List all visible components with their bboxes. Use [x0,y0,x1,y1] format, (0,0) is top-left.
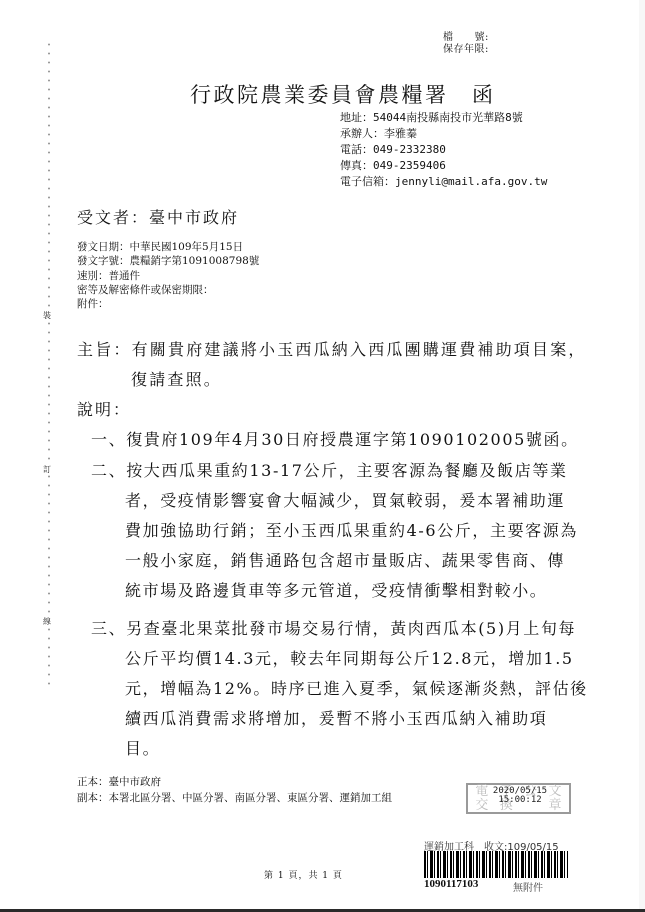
recipient: 受文者：臺中市政府 [77,205,239,228]
electronic-exchange-stamp: 電 子 公 文 交 換 章 2020/05/15 15:00:12 [466,783,571,814]
binding-mark-top: 裝 [41,311,53,321]
file-number-label: 檔 號: [443,32,489,44]
explanation-label: 說明： [77,397,131,420]
item-line: 統市場及路邊貨車等多元管道，受疫情衝擊相對較小。 [91,576,578,606]
document-page: 裝 訂 線 檔 號: 保存年限: 行政院農業委員會農糧署 函 地址：54044南… [0,0,645,912]
binding-line [46,40,52,690]
fax: 傳真：049-2359406 [340,158,547,174]
speed-class: 速別：普通件 [77,269,259,283]
item-line: 一、復貴府109年4月30日府授農運字第1090102005號函。 [91,425,579,455]
attachments: 附件： [77,297,259,311]
archive-info: 檔 號: 保存年限: [443,32,489,56]
subject-line: 主旨：有關貴府建議將小玉西瓜納入西瓜團購運費補助項目案， [77,335,587,365]
issue-date: 發文日期：中華民國109年5月15日 [77,240,259,254]
explanation-item-3: 三、另查臺北果菜批發市場交易行情，黃肉西瓜本(5)月上旬每 公斤平均價14.3元… [91,614,588,764]
handler: 承辦人：李雅蓁 [340,126,547,142]
stamp-time: 15:00:12 [480,796,560,805]
item-line: 費加強協助行銷；至小玉西瓜果重約4-6公斤，主要客源為 [91,516,578,546]
subject: 主旨：有關貴府建議將小玉西瓜納入西瓜團購運費補助項目案， 復請查照。 [77,335,587,395]
item-line: 續西瓜消費需求將增加，爰暫不將小玉西瓜納入補助項 [91,704,588,734]
item-line: 目。 [91,734,588,764]
retention-label: 保存年限: [443,44,489,56]
contact-block: 地址：54044南投縣南投市光華路8號 承辦人：李雅蓁 電話：049-23323… [340,110,547,190]
item-line: 二、按大西瓜果重約13-17公斤，主要客源為餐廳及飯店等業 [91,456,578,486]
stamp-timestamp: 2020/05/15 15:00:12 [480,787,560,805]
distribution: 正本：臺中市政府 副本：本署北區分署、中區分署、南區分署、東區分署、運銷加工組 [77,774,392,806]
page-number: 第 1 頁，共 1 頁 [264,868,343,881]
barcode-number: 1090117103 [424,878,478,890]
item-line: 公斤平均價14.3元，較去年同期每公斤12.8元，增加1.5 [91,644,588,674]
page-edge [639,0,645,909]
item-line: 者，受疫情影響宴會大幅減少，買氣較弱，爰本署補助運 [91,486,578,516]
address: 地址：54044南投縣南投市光華路8號 [340,110,547,126]
phone: 電話：049-2332380 [340,142,547,158]
secrecy-level: 密等及解密條件或保密期限： [77,283,259,297]
item-line: 一般小家庭，銷售通路包含超市量販店、蔬果零售商、傳 [91,546,578,576]
binding-mark-bottom: 線 [41,617,53,627]
explanation-item-1: 一、復貴府109年4月30日府授農運字第1090102005號函。 [91,425,579,455]
explanation-item-2: 二、按大西瓜果重約13-17公斤，主要客源為餐廳及飯店等業 者，受疫情影響宴會大… [91,456,578,606]
item-line: 三、另查臺北果菜批發市場交易行情，黃肉西瓜本(5)月上旬每 [91,614,588,644]
item-line: 元，增幅為12%。時序已進入夏季，氣候逐漸炎熱，評估後 [91,674,588,704]
copy-recipients: 副本：本署北區分署、中區分署、南區分署、東區分署、運銷加工組 [77,790,392,806]
barcode [424,851,568,878]
document-title: 行政院農業委員會農糧署 函 [190,82,496,108]
original-recipient: 正本：臺中市政府 [77,774,392,790]
subject-line: 復請查照。 [77,365,587,395]
document-meta: 發文日期：中華民國109年5月15日 發文字號：農糧銷字第1091008798號… [77,240,259,311]
attachment-note: 無附件 [513,879,543,894]
email: 電子信箱：jennyli@mail.afa.gov.tw [340,174,547,190]
document-number: 發文字號：農糧銷字第1091008798號 [77,254,259,268]
binding-mark-middle: 訂 [41,465,53,475]
